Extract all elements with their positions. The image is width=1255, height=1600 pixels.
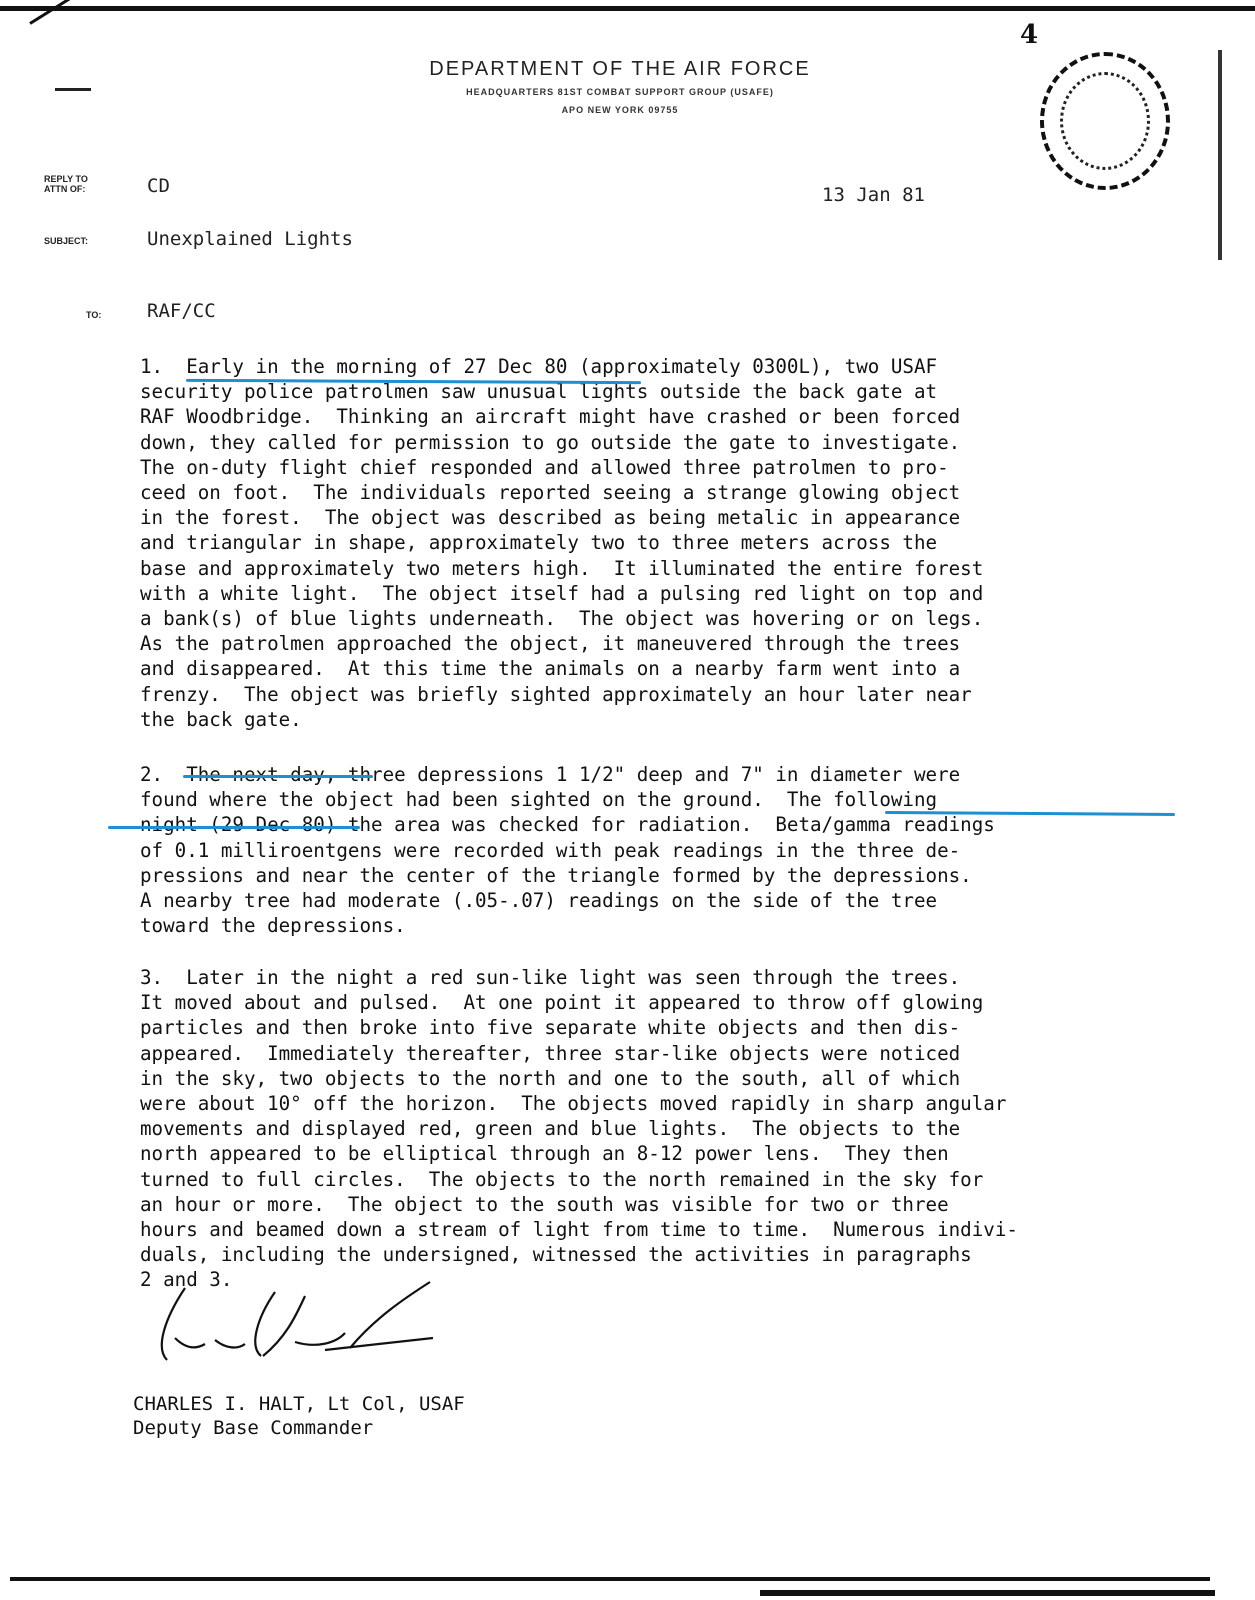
paragraph-2: 2. The next day, three depressions 1 1/2… [140, 762, 1160, 938]
headquarters-line: HEADQUARTERS 81ST COMBAT SUPPORT GROUP (… [380, 87, 860, 97]
page-bottom-edge [760, 1590, 1215, 1596]
handwritten-page-number: 4 [1020, 20, 1038, 50]
margin-mark [55, 88, 91, 91]
department-name: DEPARTMENT OF THE AIR FORCE [380, 58, 860, 81]
signer-title: Deputy Base Commander [133, 1417, 373, 1439]
memo-recipient: RAF/CC [147, 300, 216, 322]
reply-to-label: REPLY TO ATTN OF: [44, 174, 88, 194]
highlight-underline [108, 826, 360, 829]
page-top-edge [0, 6, 1255, 11]
subject-label: SUBJECT: [44, 236, 88, 246]
address-line: APO NEW YORK 09755 [380, 105, 860, 115]
paragraph-3: 3. Later in the night a red sun-like lig… [140, 965, 1160, 1293]
air-force-seal-icon [1040, 52, 1170, 190]
page-bottom-edge [10, 1577, 1210, 1581]
handwritten-signature [145, 1278, 445, 1368]
letterhead: DEPARTMENT OF THE AIR FORCE HEADQUARTERS… [380, 58, 860, 115]
page-right-edge [1218, 50, 1222, 260]
memo-date: 13 Jan 81 [822, 184, 925, 206]
reply-to-value: CD [147, 175, 170, 197]
memo-subject: Unexplained Lights [147, 228, 353, 250]
to-label: TO: [86, 310, 101, 320]
highlight-underline [183, 775, 373, 778]
pen-mark [29, 0, 71, 25]
paragraph-1: 1. Early in the morning of 27 Dec 80 (ap… [140, 354, 1160, 732]
signature-block: CHARLES I. HALT, Lt Col, USAF Deputy Bas… [133, 1392, 465, 1440]
signer-name: CHARLES I. HALT, Lt Col, USAF [133, 1393, 465, 1415]
